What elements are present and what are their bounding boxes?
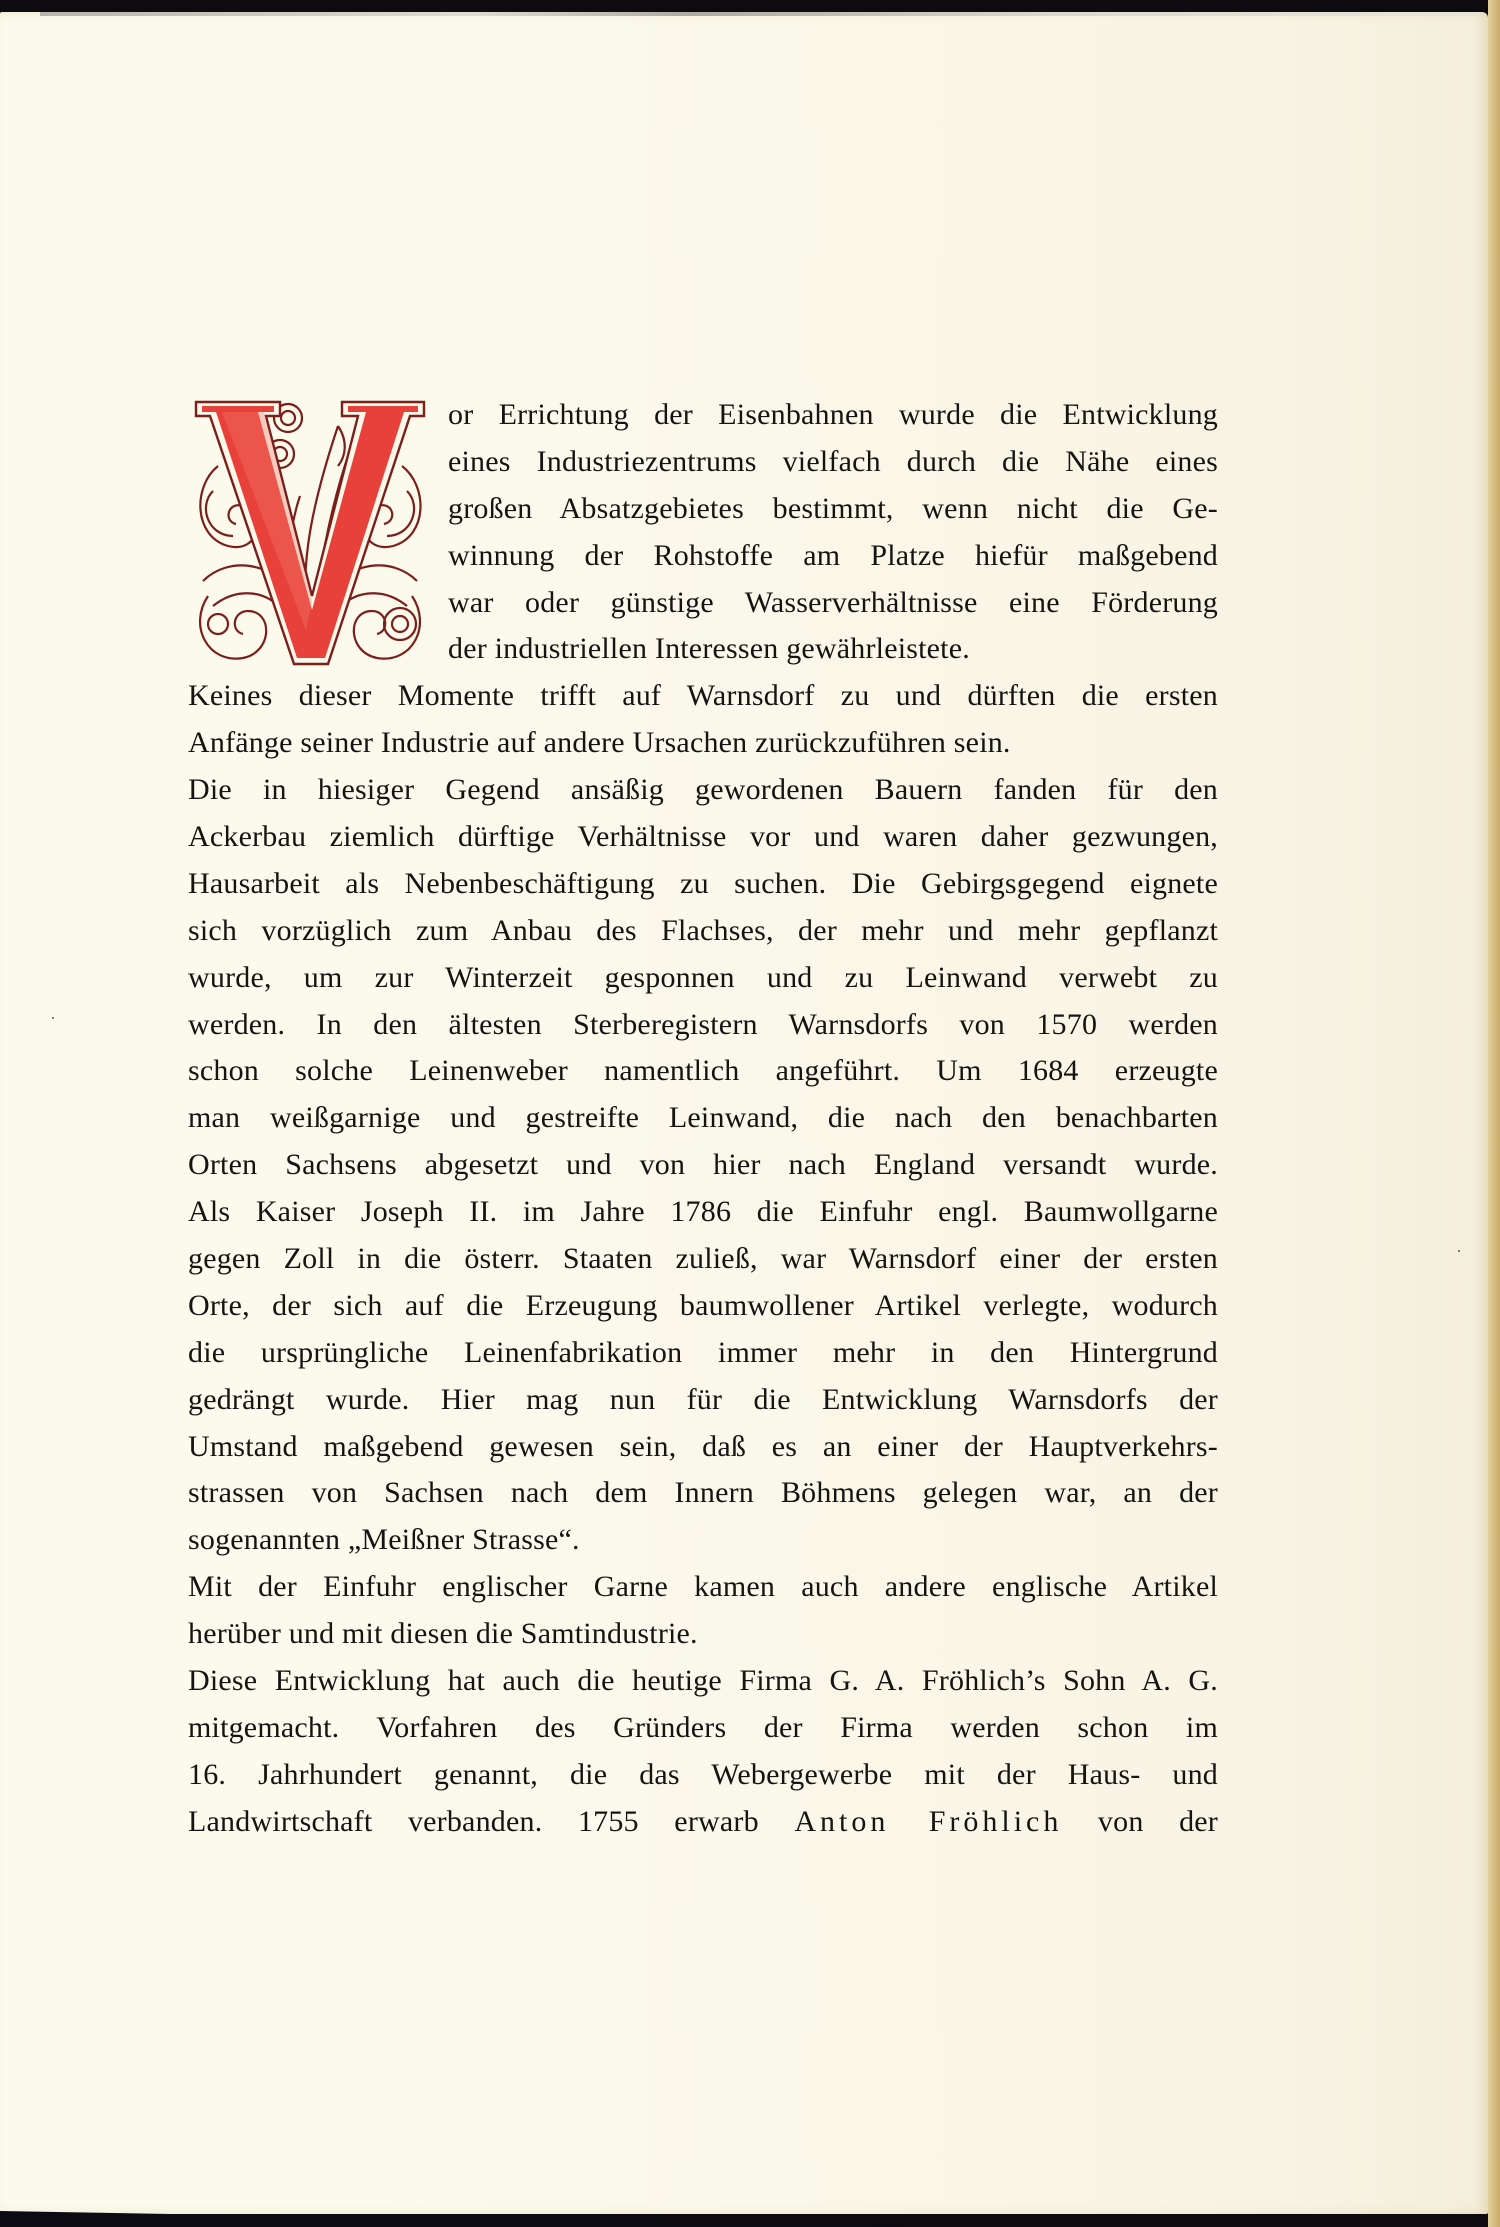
text-line: Umstand maßgebend gewesen sein, daß es a… [188, 1424, 1218, 1471]
text-line: Orte, der sich auf die Erzeugung baumwol… [188, 1283, 1218, 1330]
text-line: Ackerbau ziemlich dürftige Verhältnisse … [188, 814, 1218, 861]
text-line: Hausarbeit als Nebenbeschäftigung zu suc… [188, 861, 1218, 908]
ornamental-initial-icon [188, 396, 432, 672]
text-line: Mit der Einfuhr englischer Garne kamen a… [188, 1564, 1218, 1611]
drop-cap-v [188, 396, 432, 672]
page-edge-strip [1488, 0, 1500, 2227]
paper-speck [1458, 1250, 1460, 1252]
text-line: Als Kaiser Joseph II. im Jahre 1786 die … [188, 1189, 1218, 1236]
text-line: gedrängt wurde. Hier mag nun für die Ent… [188, 1377, 1218, 1424]
text-line: man weißgarnige und gestreifte Leinwand,… [188, 1095, 1218, 1142]
emphasized-name: Anton Fröhlich [794, 1805, 1062, 1838]
book-page: or Errichtung der Eisenbahnen wurde die … [0, 12, 1488, 2214]
text-segment: Landwirtschaft verbanden. 1755 erwarb [188, 1805, 794, 1838]
text-line: sogenannten „Meißner Strasse“. [188, 1517, 1218, 1564]
text-line: 16. Jahrhundert genannt, die das Weberge… [188, 1752, 1218, 1799]
text-segment: von der [1062, 1805, 1218, 1838]
text-line-final: Landwirtschaft verbanden. 1755 erwarb An… [188, 1799, 1218, 1846]
text-line: Orten Sachsens abgesetzt und von hier na… [188, 1142, 1218, 1189]
text-line: Die in hiesiger Gegend ansäßig gewordene… [188, 767, 1218, 814]
text-line: herüber und mit diesen die Samtindustrie… [188, 1611, 1218, 1658]
paper-speck [52, 1017, 54, 1019]
text-line: Keines dieser Momente trifft auf Warnsdo… [188, 673, 1218, 720]
text-line: Anfänge seiner Industrie auf andere Ursa… [188, 720, 1218, 767]
page-top-edge [40, 12, 1480, 16]
text-line: werden. In den ältesten Sterberegistern … [188, 1002, 1218, 1049]
text-line: die ursprüngliche Leinenfabrikation imme… [188, 1330, 1218, 1377]
text-line: mitgemacht. Vorfahren des Gründers der F… [188, 1705, 1218, 1752]
text-line: gegen Zoll in die österr. Staaten zuließ… [188, 1236, 1218, 1283]
body-text: or Errichtung der Eisenbahnen wurde die … [188, 392, 1218, 1846]
text-line: wurde, um zur Winterzeit gesponnen und z… [188, 955, 1218, 1002]
text-line: schon solche Leinenweber namentlich ange… [188, 1048, 1218, 1095]
text-line: Diese Entwicklung hat auch die heutige F… [188, 1658, 1218, 1705]
text-line: sich vorzüglich zum Anbau des Flachses, … [188, 908, 1218, 955]
text-line: strassen von Sachsen nach dem Innern Böh… [188, 1470, 1218, 1517]
